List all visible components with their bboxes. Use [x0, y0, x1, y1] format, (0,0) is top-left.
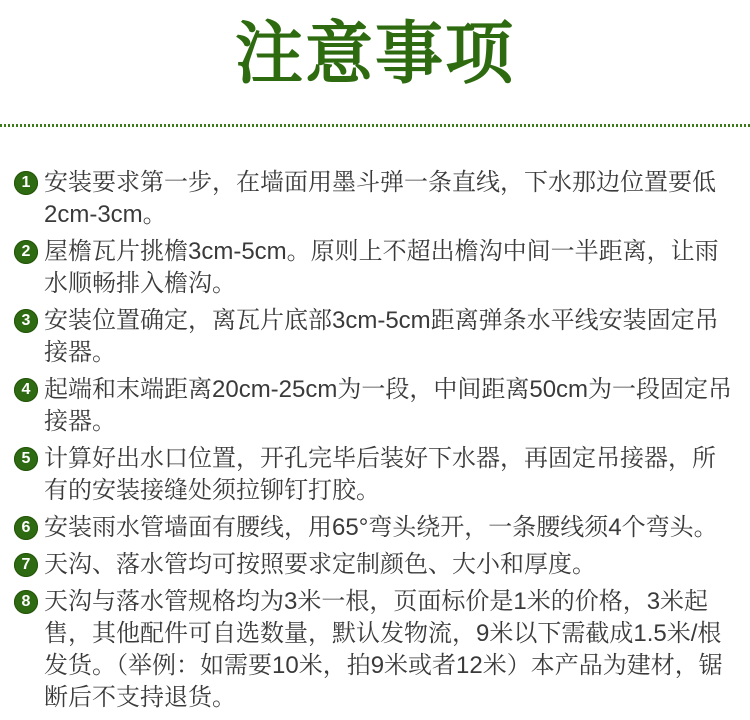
- note-text: 安装雨水管墙面有腰线，用65°弯头绕开，一条腰线须4个弯头。: [44, 512, 737, 544]
- note-item: 7 天沟、落水管均可按照要求定制颜色、大小和厚度。: [14, 549, 737, 581]
- number-badge: 5: [14, 447, 38, 471]
- number-label: 1: [22, 175, 31, 191]
- note-item: 4 起端和末端距离20cm-25cm为一段，中间距离50cm为一段固定吊接器。: [14, 374, 737, 438]
- dotted-divider: [0, 124, 750, 127]
- note-text: 安装要求第一步，在墙面用墨斗弹一条直线，下水那边位置要低2cm-3cm。: [44, 167, 737, 231]
- note-item: 5 计算好出水口位置，开孔完毕后装好下水器，再固定吊接器，所有的安装接缝处须拉铆…: [14, 443, 737, 507]
- number-label: 6: [22, 520, 31, 536]
- note-text: 天沟与落水管规格均为3米一根，页面标价是1米的价格，3米起售，其他配件可自选数量…: [44, 586, 737, 714]
- page-title: 注意事项: [0, 0, 750, 94]
- note-item: 8 天沟与落水管规格均为3米一根，页面标价是1米的价格，3米起售，其他配件可自选…: [14, 586, 737, 714]
- note-text: 天沟、落水管均可按照要求定制颜色、大小和厚度。: [44, 549, 737, 581]
- note-item: 1 安装要求第一步，在墙面用墨斗弹一条直线，下水那边位置要低2cm-3cm。: [14, 167, 737, 231]
- number-badge: 3: [14, 309, 38, 333]
- number-label: 3: [22, 313, 31, 329]
- note-item: 2 屋檐瓦片挑檐3cm-5cm。原则上不超出檐沟中间一半距离，让雨水顺畅排入檐沟…: [14, 236, 737, 300]
- number-label: 2: [22, 244, 31, 260]
- note-text: 屋檐瓦片挑檐3cm-5cm。原则上不超出檐沟中间一半距离，让雨水顺畅排入檐沟。: [44, 236, 737, 300]
- number-label: 8: [22, 594, 31, 610]
- number-label: 7: [22, 557, 31, 573]
- number-label: 4: [22, 382, 31, 398]
- number-badge: 7: [14, 553, 38, 577]
- note-text: 安装位置确定，离瓦片底部3cm-5cm距离弹条水平线安装固定吊接器。: [44, 305, 737, 369]
- number-badge: 8: [14, 590, 38, 614]
- number-badge: 2: [14, 240, 38, 264]
- number-badge: 1: [14, 171, 38, 195]
- note-item: 6 安装雨水管墙面有腰线，用65°弯头绕开，一条腰线须4个弯头。: [14, 512, 737, 544]
- number-badge: 6: [14, 516, 38, 540]
- notice-page: 注意事项 1 安装要求第一步，在墙面用墨斗弹一条直线，下水那边位置要低2cm-3…: [0, 0, 750, 720]
- note-item: 3 安装位置确定，离瓦片底部3cm-5cm距离弹条水平线安装固定吊接器。: [14, 305, 737, 369]
- number-label: 5: [22, 451, 31, 467]
- note-text: 起端和末端距离20cm-25cm为一段，中间距离50cm为一段固定吊接器。: [44, 374, 737, 438]
- notes-list: 1 安装要求第一步，在墙面用墨斗弹一条直线，下水那边位置要低2cm-3cm。 2…: [0, 167, 750, 714]
- note-text: 计算好出水口位置，开孔完毕后装好下水器，再固定吊接器，所有的安装接缝处须拉铆钉打…: [44, 443, 737, 507]
- number-badge: 4: [14, 378, 38, 402]
